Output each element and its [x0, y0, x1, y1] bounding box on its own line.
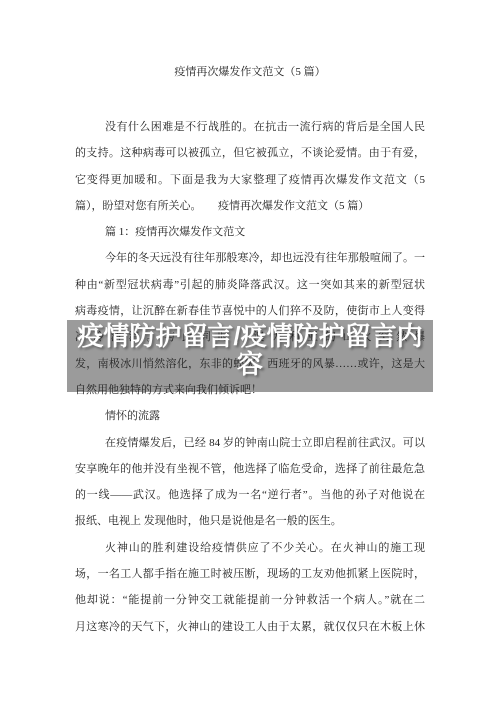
text-line: 今年的冬天远没有往年那般寒冷，却也远没有往年那般喧闹了。一: [75, 245, 425, 271]
document-title: 疫情再次爆发作文范文（5 篇）: [75, 59, 425, 85]
text-line: 情怀的流露: [75, 403, 425, 429]
text-line: 自然用他独特的方式来向我们倾诉吧！: [75, 377, 425, 403]
text-line: 报纸、电视上 发现他时，他只是说他是名一般的医生。: [75, 508, 425, 534]
text-line: 月这寒冷的天气下，火神山的建设工人由于太累，就仅仅只在木板上休: [75, 614, 425, 640]
text-line: 的一线——武汉。他选择了成为一名“逆行者”。当他的孙子对他说在: [75, 482, 425, 508]
text-line: 在疫情爆发后，已经 84 岁的钟南山院士立即启程前往武汉。可以: [75, 430, 425, 456]
text-line: 火神山的胜利建设给疫情供应了不少关心。在火神山的施工现: [75, 535, 425, 561]
text-line: 场，一名工人都手指在施工时被压断，现场的工友劝他抓紧上医院时，: [75, 561, 425, 587]
document-page: 疫情再次爆发作文范文（5 篇） 没有什么困难是不行战胜的。在抗击一流行病的背后是…: [0, 0, 500, 706]
text-line: 种由“新型冠状病毒”引起的肺炎降落武汉。这一突如其来的新型冠状: [75, 272, 425, 298]
text-line: 没有什么困难是不行战胜的。在抗击一流行病的背后是全国人民: [75, 114, 425, 140]
text-line: 的支持。这种病毒可以被孤立，但它被孤立，不谈论爱情。由于有爱，: [75, 140, 425, 166]
text-line: 篇），盼望对您有所关心。 疫情再次爆发作文范文（5 篇）: [75, 193, 425, 219]
text-line: 安享晚年的他并没有坐视不管，他选择了临危受命，选择了前往最危急: [75, 456, 425, 482]
text-line: 它变得更加暖和。下面是我为大家整理了疫情再次爆发作文范文（5: [75, 167, 425, 193]
text-line: 篇 1：疫情再次爆发作文范文: [75, 219, 425, 245]
overlay-heading: 疫情防护留言/疫情防护留言内容: [67, 320, 433, 378]
text-line: 他却说：“能提前一分钟交工就能提前一分钟救活一个病人。”就在二: [75, 587, 425, 613]
